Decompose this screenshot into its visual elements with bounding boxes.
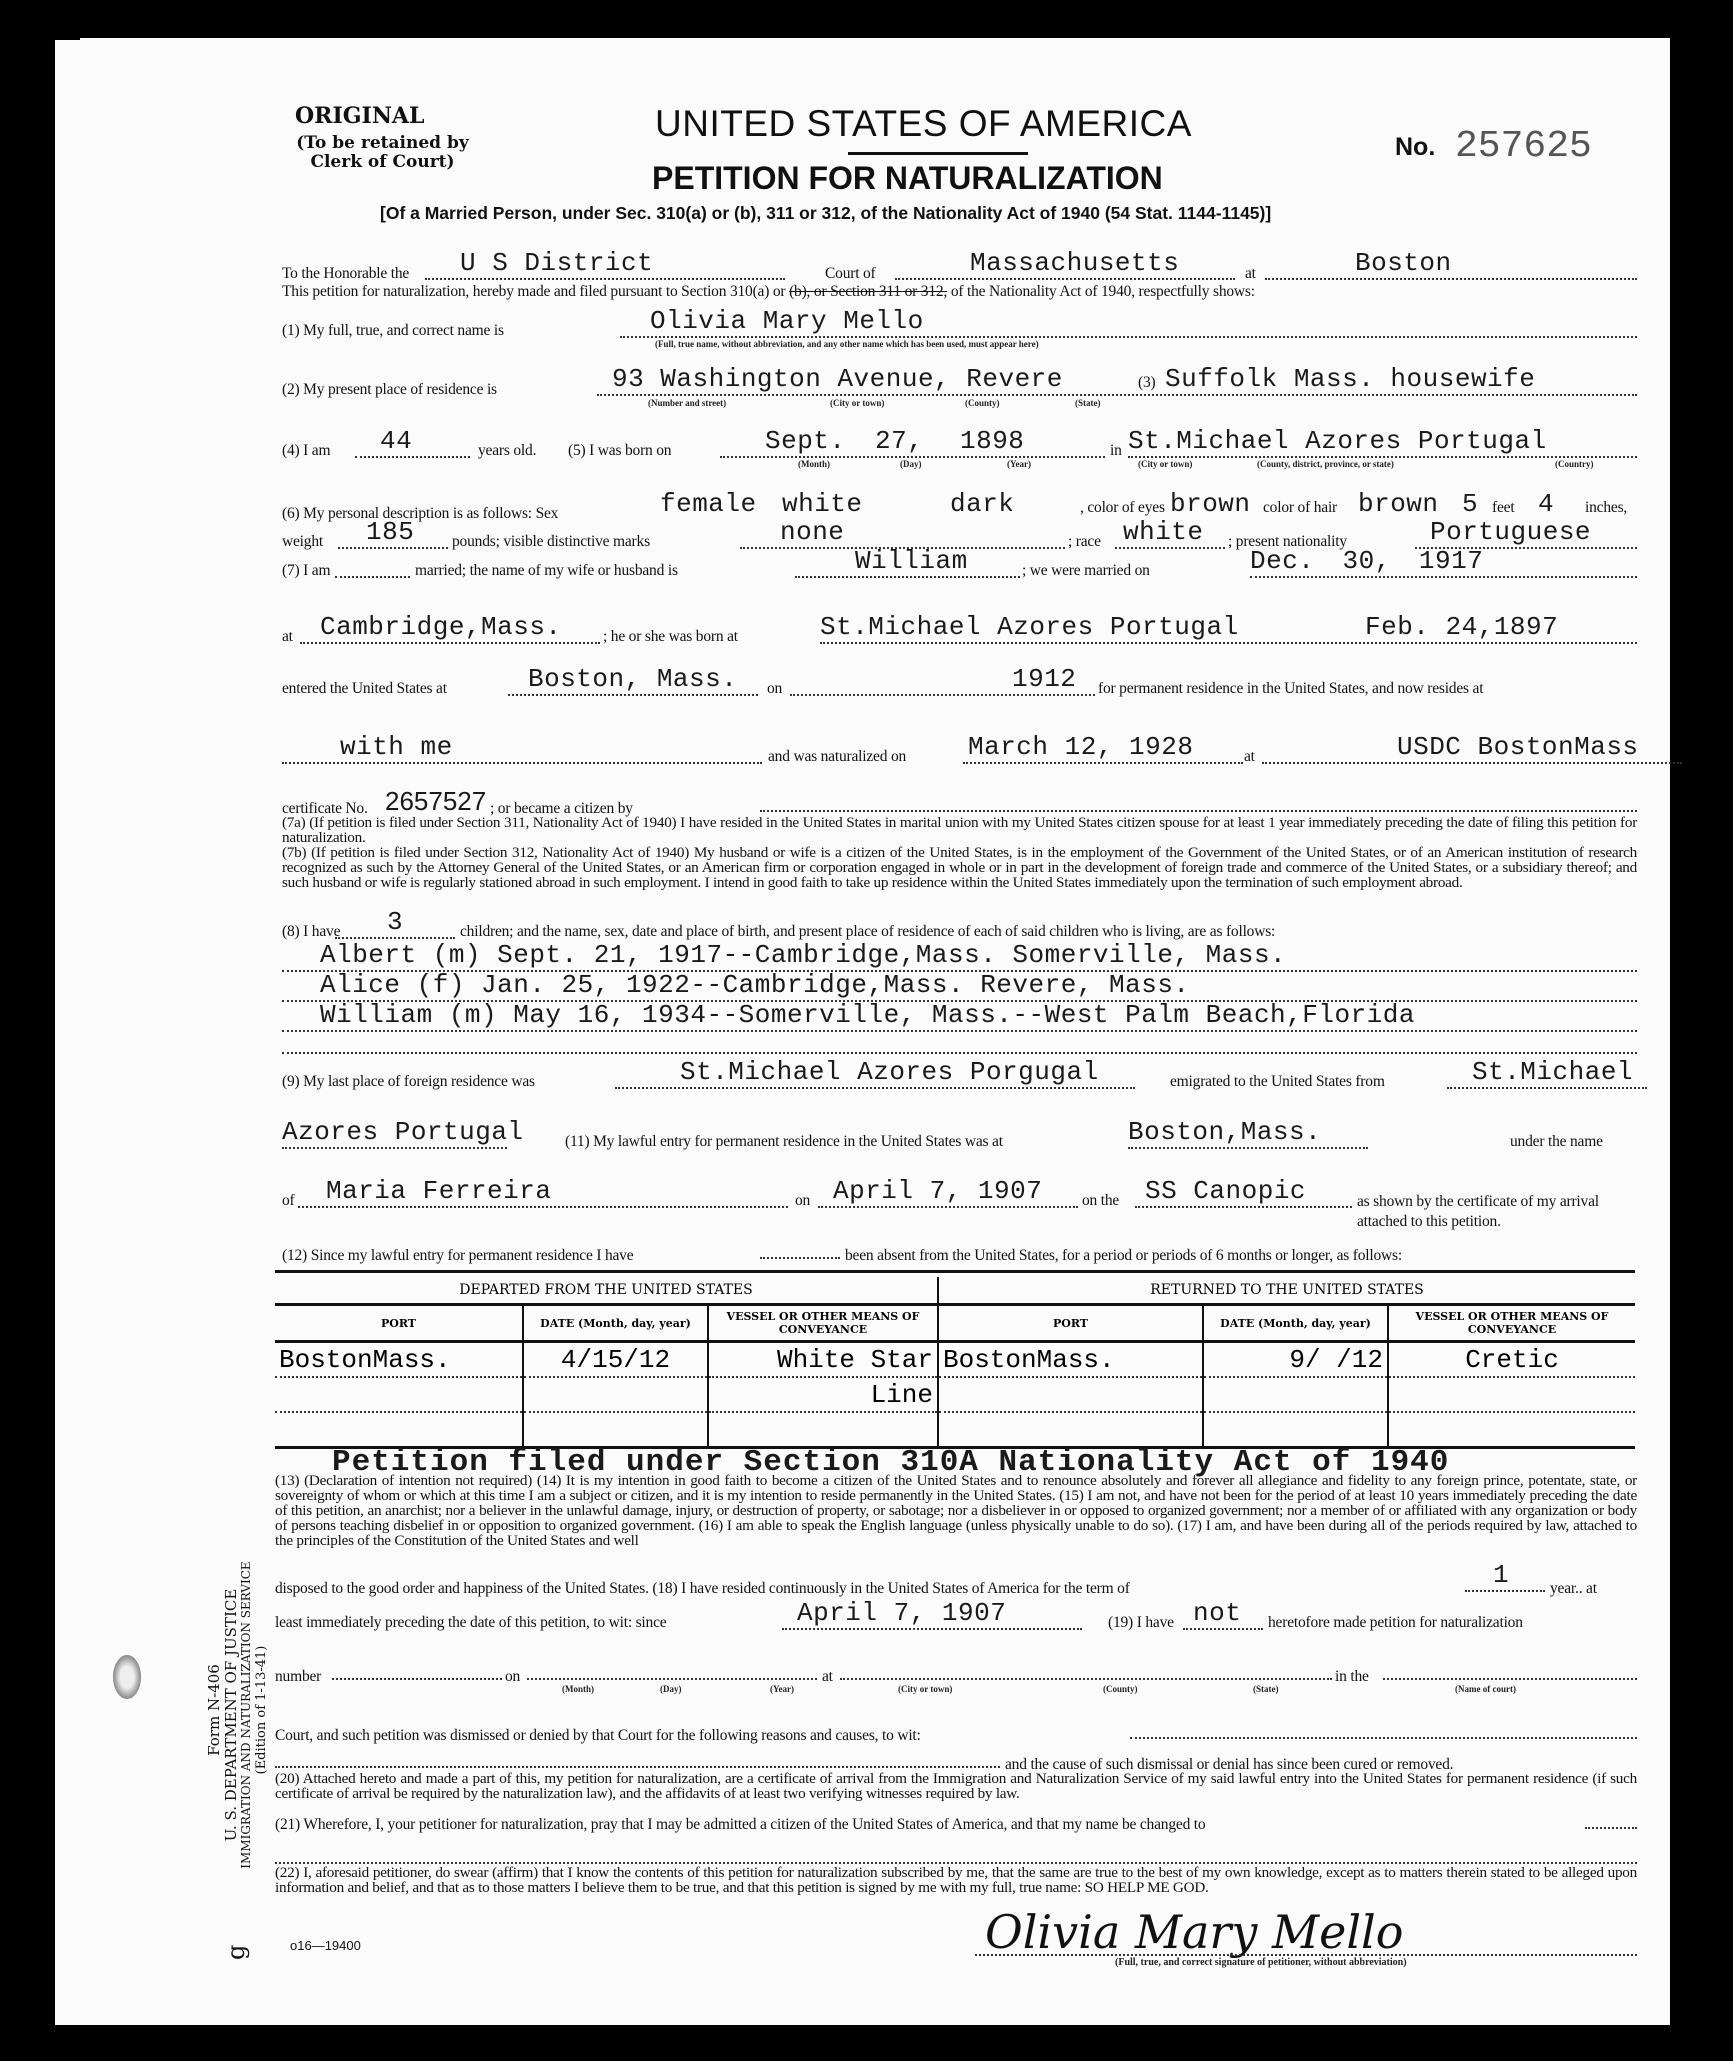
child-entry: William (m) May 16, 1934--Somerville, Ma…: [320, 1000, 1415, 1030]
pounds-label: pounds; visible distinctive marks: [452, 533, 650, 551]
q6-label: (6) My personal description is as follow…: [282, 505, 558, 523]
signature-hint: (Full, true, and correct signature of pe…: [1115, 1957, 1407, 1968]
column-header-vessel: VESSEL OR OTHER MEANS OF CONVEYANCE: [1388, 1305, 1635, 1342]
since-field: April 7, 1907: [782, 1608, 1082, 1630]
in-the-label: in the: [1335, 1668, 1369, 1686]
returned-port: BostonMass.: [938, 1342, 1203, 1378]
department-name: U. S. DEPARTMENT OF JUSTICE: [222, 1515, 240, 1915]
naturalized-place-field: USDC BostonMass: [1262, 742, 1682, 764]
hint-day: (Day): [660, 1684, 682, 1694]
entry-on-label: on: [795, 1192, 810, 1210]
married-place-field: Cambridge,Mass.: [300, 622, 600, 644]
returned-vessel: [1388, 1377, 1635, 1412]
spouse-residence-field: with me: [282, 742, 762, 764]
q2-label: (2) My present place of residence is: [282, 381, 497, 399]
naturalized-at-label: at: [1244, 748, 1255, 766]
height-inches: 4: [1538, 489, 1554, 519]
vessel-label: on the: [1082, 1192, 1119, 1210]
married-date: Dec. 30, 1917: [1250, 546, 1483, 576]
age: 44: [380, 426, 412, 456]
children-count: 3: [387, 907, 403, 937]
prior-court-field: [1383, 1664, 1637, 1680]
departed-port: BostonMass.: [275, 1342, 523, 1378]
column-header-date: DATE (Month, day, year): [1203, 1305, 1388, 1342]
race-label: ; race: [1068, 533, 1101, 551]
departed-date: [523, 1412, 708, 1448]
court-of-field: Massachusetts: [895, 258, 1235, 280]
birth-day: 27,: [875, 426, 923, 456]
page-subtitle: [Of a Married Person, under Sec. 310(a) …: [380, 203, 1271, 224]
year-label: year.. at: [1550, 1580, 1597, 1598]
entered-year: 1912: [1012, 664, 1076, 694]
years-old-label: years old.: [478, 442, 536, 460]
citizen-by-field: [760, 796, 1637, 812]
vessel: SS Canopic: [1145, 1176, 1306, 1206]
intro-start: This petition for naturalization, hereby…: [282, 283, 785, 300]
entered-place-field: Boston, Mass.: [508, 674, 758, 696]
hint-county: (County): [965, 398, 1000, 408]
returned-date: 9/ /12: [1203, 1342, 1388, 1378]
complexion: dark: [950, 489, 1014, 519]
since-date: April 7, 1907: [797, 1598, 1006, 1628]
hair-label: color of hair: [1263, 499, 1337, 517]
naturalized-date-field: March 12, 1928: [963, 742, 1243, 764]
hint-city: (City or town): [1138, 459, 1192, 469]
child-entry: Alice (f) Jan. 25, 1922--Cambridge,Mass.…: [320, 970, 1190, 1000]
service-name: IMMIGRATION AND NATURALIZATION SERVICE: [239, 1515, 253, 1915]
age-field: 44: [355, 436, 470, 458]
returned-date: [1203, 1377, 1388, 1412]
weight-label: weight: [282, 533, 323, 551]
prior-date-field: [527, 1664, 817, 1680]
hint-county: (County): [1103, 1684, 1138, 1694]
foreign-residence-field: St.Michael Azores Porgugal: [615, 1067, 1135, 1089]
q19-rest: heretofore made petition for naturalizat…: [1268, 1614, 1523, 1632]
hint-day: (Day): [900, 459, 922, 469]
to-honorable-label: To the Honorable the: [282, 265, 409, 283]
entry-name: Maria Ferreira: [326, 1176, 551, 1206]
entry-place-field: Boston,Mass.: [1128, 1127, 1368, 1149]
returned-port: [938, 1412, 1203, 1448]
page-title: PETITION FOR NATURALIZATION: [652, 160, 1163, 197]
inches-label: inches,: [1585, 499, 1627, 517]
column-header-port: PORT: [938, 1305, 1203, 1342]
hint-county: (County, district, province, or state): [1257, 459, 1394, 469]
emigrated-from: St.Michael: [1472, 1057, 1633, 1087]
emigrated-country: Azores Portugal: [282, 1117, 524, 1147]
q8-label: (8) I have: [282, 923, 340, 941]
hint-year: (Year): [770, 1684, 794, 1694]
at-label: at: [1245, 265, 1256, 283]
shown-label: as shown by the certificate of my arriva…: [1357, 1192, 1637, 1232]
height-feet: 5: [1462, 489, 1478, 519]
dismissal-reasons-field2: [275, 1752, 1000, 1768]
entry-date: April 7, 1907: [833, 1176, 1042, 1206]
hint-city: (City or town): [830, 398, 884, 408]
prior-number-field: [332, 1664, 502, 1680]
name-change-field: [1585, 1813, 1637, 1829]
weight-field: 185: [338, 527, 448, 549]
court-name: U S District: [460, 248, 653, 278]
court-name-field: U S District: [425, 258, 785, 280]
returned-port: [938, 1377, 1203, 1412]
naturalized-date: March 12, 1928: [968, 732, 1193, 762]
entered-place: Boston, Mass.: [528, 664, 737, 694]
married-label: married; the name of my wife or husband …: [415, 562, 678, 580]
departed-header: DEPARTED FROM THE UNITED STATES: [275, 1277, 938, 1305]
hint-number-street: (Number and street): [648, 398, 726, 408]
married-place: Cambridge,Mass.: [320, 612, 562, 642]
q3-label: (3): [1138, 374, 1155, 392]
paragraph-7b: (7b) (If petition is filed under Section…: [282, 845, 1637, 890]
spouse-born-label: ; he or she was born at: [603, 628, 738, 646]
hint-month: (Month): [562, 1684, 594, 1694]
race: white: [1123, 517, 1204, 547]
child-row: William (m) May 16, 1934--Somerville, Ma…: [282, 1010, 1637, 1032]
hint-year: (Year): [1007, 459, 1031, 469]
paragraphs-13-17: (13) (Declaration of intention not requi…: [275, 1473, 1637, 1548]
petition-number: 257625: [1455, 125, 1592, 168]
q1-label: (1) My full, true, and correct name is: [282, 322, 504, 340]
entry-name-field: Maria Ferreira: [298, 1186, 788, 1208]
of-label: of: [282, 1192, 295, 1210]
full-name-field: Olivia Mary Mello: [620, 316, 1637, 338]
paragraph-7a: (7a) (If petition is filed under Section…: [282, 815, 1637, 845]
county-state-occupation: Suffolk Mass. housewife: [1165, 364, 1535, 394]
residence-term: 1: [1493, 1560, 1509, 1590]
hint-court: (Name of court): [1455, 1684, 1516, 1694]
eyes-label: , color of eyes: [1080, 499, 1165, 517]
paragraph-20: (20) Attached hereto and made a part of …: [275, 1771, 1637, 1801]
court-of-value: Massachusetts: [970, 248, 1179, 278]
table-row: [275, 1412, 1635, 1448]
hint-state: (State): [1075, 398, 1101, 408]
birth-year: 1898: [960, 426, 1024, 456]
signature-line: [975, 1940, 1637, 1956]
retained-note: (To be retained by Clerk of Court): [275, 134, 490, 172]
hint-country: (Country): [1555, 459, 1594, 469]
departed-vessel: White Star: [708, 1342, 938, 1378]
q18-label: disposed to the good order and happiness…: [275, 1580, 1130, 1598]
departed-vessel: Line: [708, 1377, 938, 1412]
distinctive-marks: none: [780, 517, 844, 547]
returned-date: [1203, 1412, 1388, 1448]
absence-table: DEPARTED FROM THE UNITED STATES RETURNED…: [275, 1277, 1635, 1449]
child-row-empty: [282, 1040, 1637, 1054]
spouse-residence: with me: [340, 732, 453, 762]
q19-label: (19) I have: [1108, 1614, 1174, 1632]
dismissal-label: Court, and such petition was dismissed o…: [275, 1727, 921, 1745]
permanent-residence-label: for permanent residence in the United St…: [1098, 680, 1483, 698]
on-label: on: [767, 680, 782, 698]
children-count-field: 3: [335, 917, 455, 939]
at-label: at: [282, 628, 293, 646]
departed-vessel: [708, 1412, 938, 1448]
nationality: Portuguese: [1430, 517, 1591, 547]
term-field: 1: [1465, 1576, 1545, 1592]
returned-vessel: [1388, 1412, 1635, 1448]
weight: 185: [366, 517, 414, 547]
departed-port: [275, 1377, 523, 1412]
birth-month: Sept.: [765, 426, 846, 456]
married-date-field: Dec. 30, 1917: [1250, 556, 1637, 578]
column-header-date: DATE (Month, day, year): [523, 1305, 708, 1342]
spouse-birth-field: St.Michael Azores Portugal Feb. 24,1897: [820, 622, 1637, 644]
foreign-residence: St.Michael Azores Porgugal: [680, 1057, 1099, 1087]
paragraph-22-oath: (22) I, aforesaid petitioner, do swear (…: [275, 1865, 1637, 1895]
emigrated-label: emigrated to the United States from: [1170, 1073, 1385, 1091]
birthplace: St.Michael Azores Portugal: [1128, 426, 1547, 456]
country-title: UNITED STATES OF AMERICA: [655, 103, 1192, 145]
naturalized-label: and was naturalized on: [768, 748, 906, 766]
personal-description-line1: female white dark , color of eyes brown …: [660, 495, 1637, 519]
departed-date: [523, 1377, 708, 1412]
prior-at-label: at: [822, 1668, 833, 1686]
intro-struck: (b), or Section 311 or 312,: [789, 283, 947, 300]
print-code: o16—19400: [290, 1938, 361, 1953]
number-label: No.: [1395, 133, 1435, 162]
spouse-birthplace: St.Michael Azores Portugal: [820, 612, 1239, 642]
entry-place: Boston,Mass.: [1128, 1117, 1321, 1147]
sex: female: [660, 489, 757, 519]
table-row: Line: [275, 1377, 1635, 1412]
color: white: [782, 489, 863, 519]
table-top-rule: [275, 1270, 1635, 1273]
departed-date: 4/15/12: [523, 1342, 708, 1378]
entry-date-field: April 7, 1907: [818, 1186, 1078, 1208]
returned-header: RETURNED TO THE UNITED STATES: [938, 1277, 1635, 1305]
number-label: number: [275, 1668, 321, 1686]
name-change-field2: [275, 1850, 1637, 1864]
residence-field: 93 Washington Avenue, Revere (3) Suffolk…: [597, 374, 1637, 396]
q1-hint: (Full, true name, without abbreviation, …: [655, 339, 1039, 349]
prior-place-field: [840, 1664, 1332, 1680]
vessel-field: SS Canopic: [1135, 1186, 1352, 1208]
title-divider: [848, 152, 1028, 155]
dismissal-reasons-field: [1130, 1723, 1637, 1739]
court-of-label: Court of: [825, 265, 876, 283]
spouse-field: William: [795, 556, 1020, 578]
column-header-vessel: VESSEL OR OTHER MEANS OF CONVEYANCE: [708, 1305, 938, 1342]
children-label: children; and the name, sex, date and pl…: [460, 923, 1275, 941]
edition: (Edition of 1-13-41): [254, 1520, 269, 1900]
emigrated-country-field: Azores Portugal: [282, 1127, 507, 1149]
in-label: in: [1110, 442, 1122, 460]
q5-label: (5) I was born on: [568, 442, 671, 460]
column-header-port: PORT: [275, 1305, 523, 1342]
q12-rest: been absent from the United States, for …: [845, 1247, 1402, 1265]
court-at-field: Boston: [1265, 258, 1637, 280]
spouse-name: William: [855, 546, 968, 576]
entered-date-field: 1912: [790, 674, 1095, 696]
q4-label: (4) I am: [282, 442, 330, 460]
hole-punch: [113, 1655, 141, 1699]
not-field: not: [1183, 1608, 1263, 1630]
married-status-field: [335, 556, 410, 578]
child-row: Albert (m) Sept. 21, 1917--Cambridge,Mas…: [282, 950, 1637, 972]
side-mark: g: [222, 1945, 250, 1960]
race-field: white: [1115, 527, 1225, 549]
q11-label: (11) My lawful entry for permanent resid…: [565, 1133, 1003, 1151]
naturalized-place: USDC BostonMass: [1397, 732, 1639, 762]
feet-label: feet: [1492, 499, 1514, 517]
birth-date-field: Sept. 27, 1898: [720, 436, 1105, 458]
child-row: Alice (f) Jan. 25, 1922--Cambridge,Mass.…: [282, 980, 1637, 1002]
full-name: Olivia Mary Mello: [650, 306, 924, 336]
previous-petition-not: not: [1193, 1598, 1241, 1628]
hint-state: (State): [1253, 1684, 1279, 1694]
intro-end: of the Nationality Act of 1940, respectf…: [951, 283, 1255, 300]
spouse-birthdate: Feb. 24,1897: [1365, 612, 1558, 642]
q7-label: (7) I am: [282, 562, 330, 580]
absent-field: [760, 1243, 840, 1259]
page-top-edge: [80, 38, 1670, 108]
child-entry: Albert (m) Sept. 21, 1917--Cambridge,Mas…: [320, 940, 1286, 970]
married-on-label: ; we were married on: [1022, 562, 1150, 580]
table-row: BostonMass. 4/15/12 White Star BostonMas…: [275, 1342, 1635, 1378]
returned-vessel: Cretic: [1388, 1342, 1635, 1378]
q9-label: (9) My last place of foreign residence w…: [282, 1073, 535, 1091]
original-label: ORIGINAL: [295, 103, 424, 129]
birthplace-field: St.Michael Azores Portugal: [1128, 436, 1637, 458]
intro-text: This petition for naturalization, hereby…: [282, 283, 1255, 301]
q18-label2: least immediately preceding the date of …: [275, 1614, 666, 1632]
certificate-number: 2657527: [385, 786, 486, 817]
hair-color: brown: [1358, 489, 1439, 519]
eye-color: brown: [1170, 489, 1251, 519]
hint-city: (City or town): [898, 1684, 952, 1694]
court-at-value: Boston: [1355, 248, 1452, 278]
residence-address: 93 Washington Avenue, Revere: [612, 364, 1063, 394]
under-name-label: under the name: [1510, 1133, 1603, 1151]
emigrated-from-field: St.Michael: [1447, 1067, 1647, 1089]
departed-port: [275, 1412, 523, 1448]
form-number: Form N-406: [205, 1520, 223, 1900]
paragraph-21: (21) Wherefore, I, your petitioner for n…: [275, 1816, 1205, 1834]
q12-label: (12) Since my lawful entry for permanent…: [282, 1247, 633, 1265]
hint-month: (Month): [798, 459, 830, 469]
prior-on-label: on: [505, 1668, 520, 1686]
entered-label: entered the United States at: [282, 680, 447, 698]
